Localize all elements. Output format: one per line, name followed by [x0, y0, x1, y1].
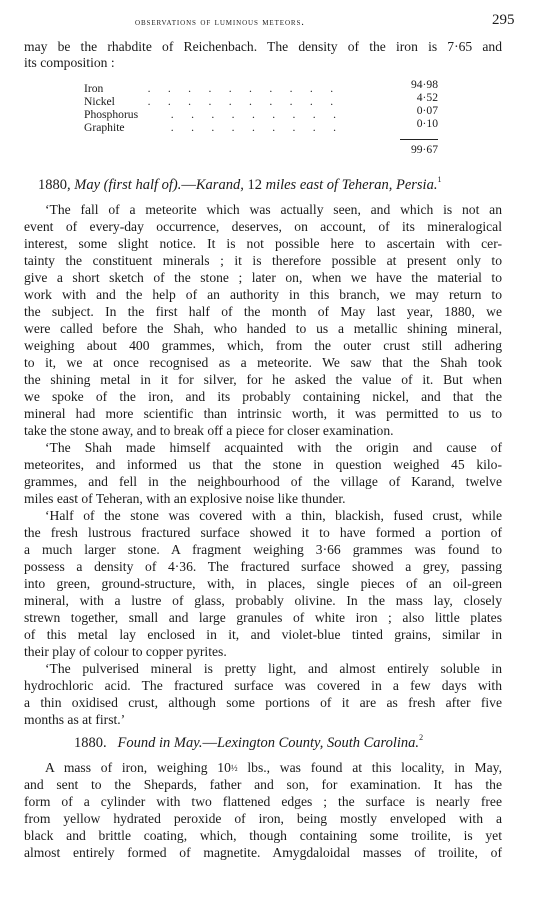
footnote-ref: 1	[437, 175, 441, 184]
running-head: Observations of Luminous Meteors. 295	[0, 8, 550, 28]
text-run: lbs., was found at this locality, in May…	[238, 760, 502, 775]
body-line: may be the rhabdite of Reichenbach. The …	[24, 38, 502, 55]
body-line: black and brittle coating, which, though…	[24, 827, 502, 844]
heading-location: Teheran, Persia.	[338, 177, 437, 193]
body-line: into green, ground-structure, with, in p…	[24, 575, 502, 592]
heading-place: Lexington County, South Carolina.	[217, 735, 419, 751]
footnote-ref: 2	[419, 733, 423, 742]
body-line: interest, some slight notice. It is not …	[24, 235, 502, 252]
body-line: a thin oxidised crust, although some por…	[24, 694, 502, 711]
body-line: its composition :	[24, 54, 502, 71]
body-line: hydrochloric acid. The fractured surface…	[24, 677, 502, 694]
composition-row: Nickel . . . . . . . . . . 4·52	[0, 95, 550, 109]
body-line: weighing about 400 grammes, which, from …	[24, 337, 502, 354]
heading-year: 1880.	[74, 735, 107, 751]
composition-row: Graphite . . . . . . . . . 0·10	[0, 121, 550, 135]
body-line: tainty the constituent minerals ; it is …	[24, 252, 502, 269]
body-line: work with and the help of an authority i…	[24, 286, 502, 303]
body-line: event of every-day occurrence, deserves,…	[24, 218, 502, 235]
composition-label: Nickel	[84, 95, 115, 108]
body-line: of this metal lay enclosed in it, and vi…	[24, 626, 502, 643]
body-line: and sent to the Shepards, father and son…	[24, 776, 502, 793]
text-run: A mass of iron, weighing 10	[45, 760, 231, 775]
book-page: Observations of Luminous Meteors. 295 ma…	[0, 0, 550, 900]
heading-dash: —	[202, 735, 217, 751]
running-title: Observations of Luminous Meteors.	[135, 17, 305, 28]
body-line: possess a density of 4·36. The fractured…	[24, 558, 502, 575]
composition-row: Iron . . . . . . . . . . 94·98	[0, 82, 550, 96]
heading-place: Karand,	[196, 177, 244, 193]
body-line: ‘The fall of a meteorite which was actua…	[45, 201, 502, 218]
composition-row: Phosphorus . . . . . . . . . 0·07	[0, 108, 550, 122]
leader-dots: . . . . . . . . . .	[136, 95, 401, 108]
body-line: form of a cylinder with two flattened ed…	[24, 793, 502, 810]
section-heading-karand: 1880, May (first half of).—Karand, 12 mi…	[38, 177, 441, 194]
body-line: mineral had more scientific than intrins…	[24, 405, 502, 422]
section-heading-lexington: 1880. Found in May.—Lexington County, So…	[74, 735, 423, 752]
body-line: to it, we at once recognised as a meteor…	[24, 354, 502, 371]
body-line: meteorites, and informed us that the sto…	[24, 456, 502, 473]
sum-rule	[400, 139, 438, 140]
body-line: give a short sketch of the stone ; later…	[24, 269, 502, 286]
fraction: ½	[231, 763, 238, 773]
body-line: the shining metal in it for silver, for …	[24, 371, 502, 388]
body-line: A mass of iron, weighing 10½ lbs., was f…	[45, 759, 502, 777]
body-line: ‘The pulverised mineral is pretty light,…	[45, 660, 502, 677]
body-line: ‘The Shah made himself acquainted with t…	[45, 439, 502, 456]
composition-value: 0·10	[404, 117, 438, 130]
body-line: the fresh lustrous fractured surface sho…	[24, 524, 502, 541]
body-line: almost entirely formed of magnetite. Amy…	[24, 844, 502, 861]
heading-date: May (first half of).	[74, 177, 181, 193]
composition-value: 94·98	[404, 78, 438, 91]
page-number: 295	[492, 12, 515, 29]
heading-date: Found in May.	[118, 735, 203, 751]
leader-dots: . . . . . . . . .	[136, 121, 401, 134]
composition-value: 0·07	[404, 104, 438, 117]
body-line: mineral, with a lustre of glass, probabl…	[24, 592, 502, 609]
body-line: grammes, and fell in the neighbourhood o…	[24, 473, 502, 490]
composition-total: 99·67	[404, 143, 438, 156]
body-line: take the stone away, and to break off a …	[24, 422, 502, 439]
body-line: months as at first.’	[24, 711, 502, 728]
heading-year: 1880,	[38, 177, 71, 193]
body-line: from yellow hydrated peroxide of iron, b…	[24, 810, 502, 827]
composition-label: Iron	[84, 82, 103, 95]
heading-direction: miles east of	[266, 177, 339, 193]
body-line: we spoke of the iron, and its probably c…	[24, 388, 502, 405]
body-line: strewn together, small and large granule…	[24, 609, 502, 626]
body-line: a much larger stone. A fragment weighing…	[24, 541, 502, 558]
leader-dots: . . . . . . . . . .	[136, 82, 401, 95]
body-line: miles east of Teheran, with an explosive…	[24, 490, 502, 507]
heading-distance: 12	[244, 177, 266, 193]
leader-dots: . . . . . . . . .	[136, 108, 401, 121]
composition-total-row: 99·67	[0, 143, 550, 157]
composition-label: Graphite	[84, 121, 125, 134]
body-line: ‘Half of the stone was covered with a th…	[45, 507, 502, 524]
body-line: were called before the Shah, who handed …	[24, 320, 502, 337]
composition-value: 4·52	[404, 91, 438, 104]
composition-label: Phosphorus	[84, 108, 138, 121]
body-line: the subject. In the first half of the mo…	[24, 303, 502, 320]
body-line: their play of colour to copper pyrites.	[24, 643, 502, 660]
heading-dash: —	[181, 177, 196, 193]
